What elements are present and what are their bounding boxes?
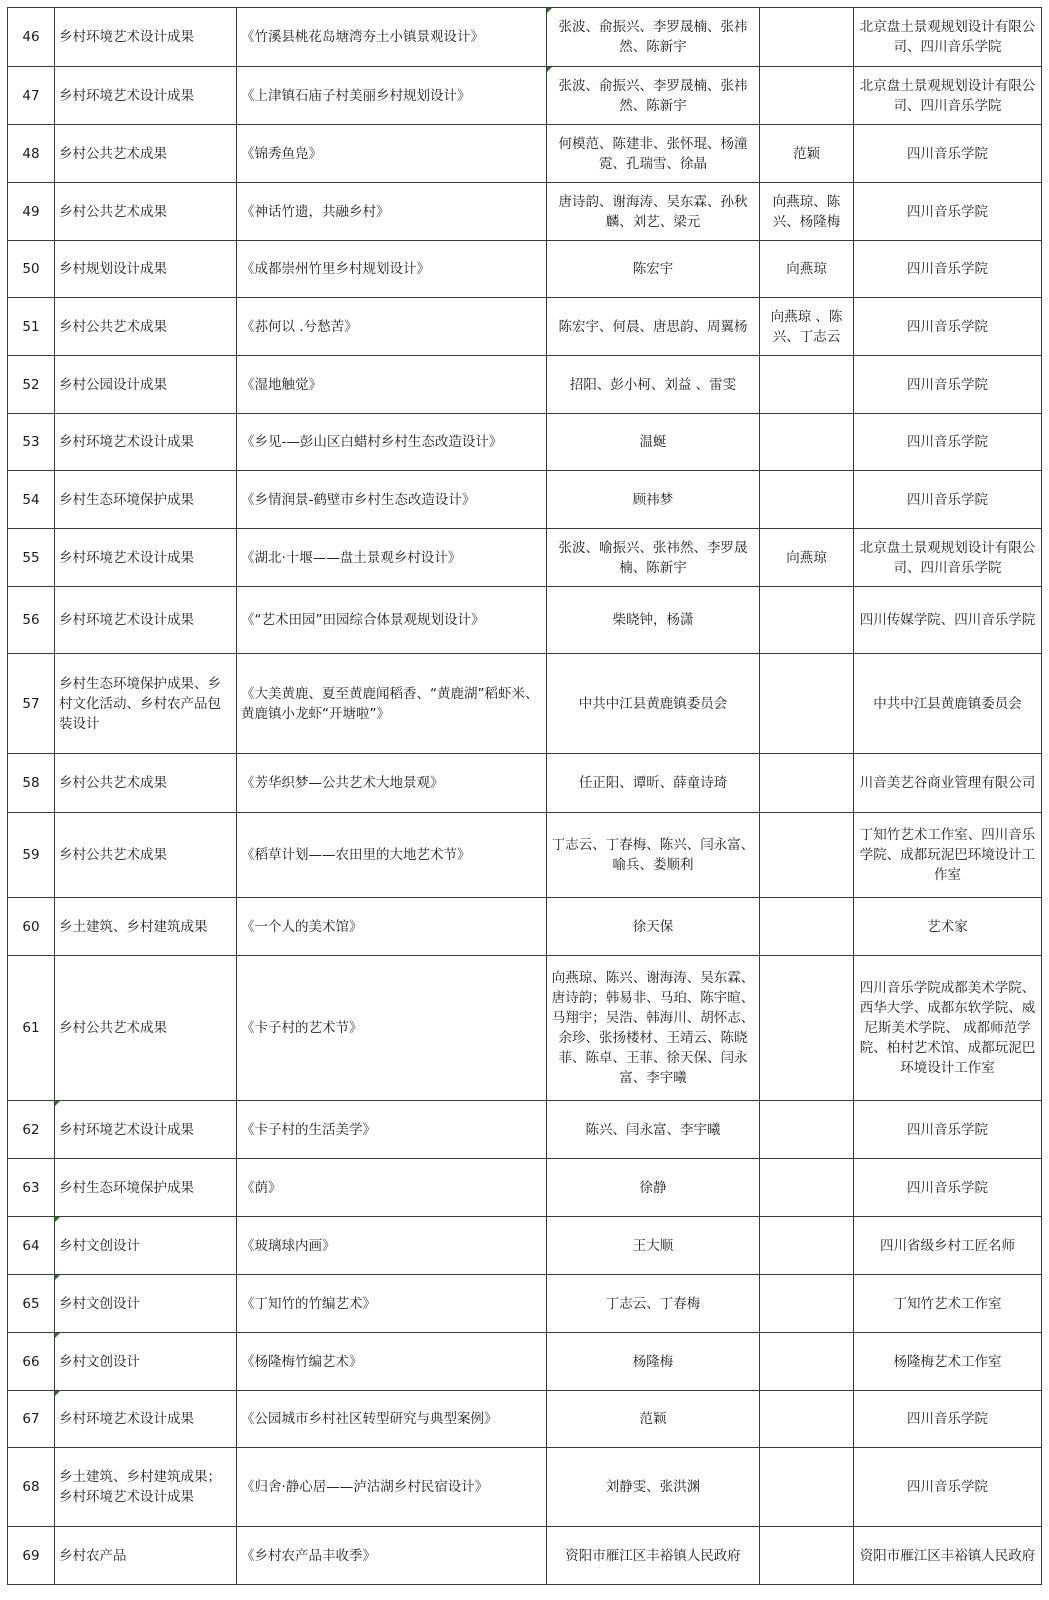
authors-text: 徐静 <box>640 1180 667 1196</box>
work-title: 《卡子村的生活美学》 <box>241 1122 376 1138</box>
row-number: 68 <box>22 1479 39 1495</box>
advisor-text: 向燕琼 <box>786 261 827 277</box>
row-number-cell: 51 <box>8 298 55 356</box>
title-cell: 《上津镇石庙子村美丽乡村规划设计》 <box>237 67 547 125</box>
category-cell: 乡村环境艺术设计成果 <box>55 67 237 125</box>
table-row: 46 乡村环境艺术设计成果 《竹溪县桃花岛塘湾夯土小镇景观设计》 张波、俞振兴、… <box>8 8 1042 67</box>
authors-cell: 徐静 <box>547 1159 760 1217</box>
category-cell: 乡村公园设计成果 <box>55 356 237 414</box>
authors-text: 张波、喻振兴、张祎然、李罗晟楠、陈新宇 <box>559 540 748 576</box>
title-cell: 《卡子村的生活美学》 <box>237 1101 547 1159</box>
organization-text: 四川音乐学院 <box>907 377 988 393</box>
title-cell: 《荪何以 .兮愁苦》 <box>237 298 547 356</box>
advisor-text: 向燕琼 、陈兴、丁志云 <box>771 309 843 345</box>
authors-text: 顾祎梦 <box>633 492 674 508</box>
advisor-text: 向燕琼 <box>786 550 827 566</box>
table-row: 51 乡村公共艺术成果 《荪何以 .兮愁苦》 陈宏宇、何晨、唐思韵、周翼杨 向燕… <box>8 298 1042 356</box>
row-number: 53 <box>22 434 39 450</box>
table-row: 49 乡村公共艺术成果 《神话竹遗，共融乡村》 唐诗韵、谢海涛、吴东霖、孙秋麟、… <box>8 183 1042 241</box>
row-number-cell: 47 <box>8 67 55 125</box>
category-cell: 乡村环境艺术设计成果 <box>55 587 237 654</box>
row-number: 67 <box>22 1411 39 1427</box>
advisor-cell: 向燕琼 <box>760 529 854 587</box>
organization-text: 北京盘土景观规划设计有限公司、四川音乐学院 <box>860 540 1036 576</box>
work-title: 《玻璃球内画》 <box>241 1238 336 1254</box>
organization-text: 艺术家 <box>927 919 968 935</box>
authors-cell: 资阳市雁江区丰裕镇人民政府 <box>547 1527 760 1585</box>
work-title: 《归舍·静心居——泸沽湖乡村民宿设计》 <box>241 1479 488 1495</box>
title-cell: 《公园城市乡村社区转型研究与典型案例》 <box>237 1391 547 1448</box>
category-cell: 乡村公共艺术成果 <box>55 754 237 813</box>
advisor-cell: 范颖 <box>760 125 854 183</box>
organization-cell: 四川音乐学院 <box>854 356 1042 414</box>
category-text: 乡村公共艺术成果 <box>59 204 167 220</box>
authors-cell: 王大顺 <box>547 1217 760 1275</box>
authors-cell: 张波、俞振兴、李罗晟楠、张祎然、陈新宇 <box>547 8 760 67</box>
category-text: 乡土建筑、乡村建筑成果；乡村环境艺术设计成果 <box>59 1469 221 1505</box>
category-cell: 乡村环境艺术设计成果 <box>55 529 237 587</box>
table-row: 66 乡村文创设计 《杨隆梅竹编艺术》 杨隆梅 杨隆梅艺术工作室 <box>8 1333 1042 1391</box>
authors-cell: 向燕琼、陈兴、谢海涛、吴东霖、唐诗韵；韩易非、马珀、陈宇暄、马翔宇；吴浩、韩海川… <box>547 956 760 1101</box>
advisor-cell <box>760 1333 854 1391</box>
category-text: 乡村环境艺术设计成果 <box>59 612 194 628</box>
row-number: 66 <box>22 1354 39 1370</box>
row-number-cell: 62 <box>8 1101 55 1159</box>
row-number-cell: 52 <box>8 356 55 414</box>
row-number-cell: 61 <box>8 956 55 1101</box>
organization-text: 丁知竹艺术工作室 <box>894 1296 1002 1312</box>
authors-text: 张波、俞振兴、李罗晟楠、张祎然、陈新宇 <box>559 78 748 114</box>
title-cell: 《湖北·十堰——盘土景观乡村设计》 <box>237 529 547 587</box>
work-title: 《大美黄鹿、夏至黄鹿闻稻香、“黄鹿湖”稻虾米、黄鹿镇小龙虾“开塘啦”》 <box>241 686 539 722</box>
table-row: 61 乡村公共艺术成果 《卡子村的艺术节》 向燕琼、陈兴、谢海涛、吴东霖、唐诗韵… <box>8 956 1042 1101</box>
advisor-cell <box>760 754 854 813</box>
organization-text: 四川音乐学院 <box>907 319 988 335</box>
table-row: 69 乡村农产品 《乡村农产品丰收季》 资阳市雁江区丰裕镇人民政府 资阳市雁江区… <box>8 1527 1042 1585</box>
row-number-cell: 60 <box>8 898 55 956</box>
title-cell: 《锦秀鱼凫》 <box>237 125 547 183</box>
organization-text: 四川音乐学院 <box>907 1479 988 1495</box>
title-cell: 《竹溪县桃花岛塘湾夯土小镇景观设计》 <box>237 8 547 67</box>
title-cell: 《玻璃球内画》 <box>237 1217 547 1275</box>
organization-cell: 艺术家 <box>854 898 1042 956</box>
row-number-cell: 58 <box>8 754 55 813</box>
advisor-text: 范颖 <box>793 146 820 162</box>
organization-text: 四川音乐学院 <box>907 1180 988 1196</box>
authors-text: 杨隆梅 <box>633 1354 674 1370</box>
category-cell: 乡土建筑、乡村建筑成果 <box>55 898 237 956</box>
title-cell: 《成都崇州竹里乡村规划设计》 <box>237 241 547 298</box>
row-number-cell: 64 <box>8 1217 55 1275</box>
authors-cell: 顾祎梦 <box>547 471 760 529</box>
table-row: 64 乡村文创设计 《玻璃球内画》 王大顺 四川省级乡村工匠名师 <box>8 1217 1042 1275</box>
organization-cell: 四川音乐学院 <box>854 1159 1042 1217</box>
organization-text: 四川音乐学院 <box>907 434 988 450</box>
authors-cell: 丁志云、丁春梅 <box>547 1275 760 1333</box>
title-cell: 《乡见-—彭山区白蜡村乡村生态改造设计》 <box>237 414 547 471</box>
row-number: 56 <box>22 612 39 628</box>
work-title: 《成都崇州竹里乡村规划设计》 <box>241 261 430 277</box>
category-text: 乡村公共艺术成果 <box>59 775 167 791</box>
organization-text: 四川省级乡村工匠名师 <box>880 1238 1015 1254</box>
work-title: 《荫》 <box>241 1180 282 1196</box>
category-cell: 乡村农产品 <box>55 1527 237 1585</box>
row-number: 55 <box>22 550 39 566</box>
organization-text: 川音美艺谷商业管理有限公司 <box>860 775 1036 791</box>
table-row: 65 乡村文创设计 《丁知竹的竹编艺术》 丁志云、丁春梅 丁知竹艺术工作室 <box>8 1275 1042 1333</box>
row-number-cell: 67 <box>8 1391 55 1448</box>
category-cell: 乡村公共艺术成果 <box>55 183 237 241</box>
authors-cell: 招阳、彭小柯、刘益 、雷雯 <box>547 356 760 414</box>
organization-cell: 四川音乐学院成都美术学院、西华大学、成都东软学院、威尼斯美术学院、 成都师范学院… <box>854 956 1042 1101</box>
organization-cell: 丁知竹艺术工作室 <box>854 1275 1042 1333</box>
work-title: 《乡情润景-鹤壁市乡村生态改造设计》 <box>241 492 475 508</box>
category-cell: 乡村环境艺术设计成果 <box>55 1101 237 1159</box>
category-text: 乡村规划设计成果 <box>59 261 167 277</box>
table-row: 68 乡土建筑、乡村建筑成果；乡村环境艺术设计成果 《归舍·静心居——泸沽湖乡村… <box>8 1448 1042 1527</box>
row-number-cell: 68 <box>8 1448 55 1527</box>
title-cell: 《杨隆梅竹编艺术》 <box>237 1333 547 1391</box>
organization-cell: 四川省级乡村工匠名师 <box>854 1217 1042 1275</box>
organization-text: 丁知竹艺术工作室、四川音乐学院、成都玩泥巴环境设计工作室 <box>860 827 1036 883</box>
table-row: 60 乡土建筑、乡村建筑成果 《一个人的美术馆》 徐天保 艺术家 <box>8 898 1042 956</box>
advisor-cell <box>760 1448 854 1527</box>
organization-cell: 川音美艺谷商业管理有限公司 <box>854 754 1042 813</box>
row-number: 57 <box>22 696 39 712</box>
advisor-cell <box>760 1101 854 1159</box>
category-cell: 乡土建筑、乡村建筑成果；乡村环境艺术设计成果 <box>55 1448 237 1527</box>
organization-cell: 丁知竹艺术工作室、四川音乐学院、成都玩泥巴环境设计工作室 <box>854 813 1042 898</box>
advisor-cell <box>760 1159 854 1217</box>
row-number: 50 <box>22 261 39 277</box>
table-row: 59 乡村公共艺术成果 《稻草计划——农田里的大地艺术节》 丁志云、丁春梅、陈兴… <box>8 813 1042 898</box>
row-number-cell: 69 <box>8 1527 55 1585</box>
title-cell: 《卡子村的艺术节》 <box>237 956 547 1101</box>
work-title: 《湖北·十堰——盘土景观乡村设计》 <box>241 550 461 566</box>
title-cell: 《乡情润景-鹤壁市乡村生态改造设计》 <box>237 471 547 529</box>
advisor-cell <box>760 1391 854 1448</box>
row-number: 65 <box>22 1296 39 1312</box>
row-number-cell: 66 <box>8 1333 55 1391</box>
authors-cell: 张波、俞振兴、李罗晟楠、张祎然、陈新宇 <box>547 67 760 125</box>
category-text: 乡村环境艺术设计成果 <box>59 434 194 450</box>
title-cell: 《丁知竹的竹编艺术》 <box>237 1275 547 1333</box>
authors-cell: 刘静雯、张洪渊 <box>547 1448 760 1527</box>
advisor-text: 向燕琼、陈兴、杨隆梅 <box>773 194 841 230</box>
organization-cell: 四川音乐学院 <box>854 298 1042 356</box>
table-row: 52 乡村公园设计成果 《湿地触觉》 招阳、彭小柯、刘益 、雷雯 四川音乐学院 <box>8 356 1042 414</box>
organization-text: 四川音乐学院 <box>907 492 988 508</box>
category-cell: 乡村文创设计 <box>55 1333 237 1391</box>
organization-cell: 四川传媒学院、四川音乐学院 <box>854 587 1042 654</box>
category-text: 乡村环境艺术设计成果 <box>59 88 194 104</box>
authors-text: 任正阳、谭昕、薛童诗琦 <box>579 775 728 791</box>
table-row: 50 乡村规划设计成果 《成都崇州竹里乡村规划设计》 陈宏宇 向燕琼 四川音乐学… <box>8 241 1042 298</box>
organization-text: 四川音乐学院 <box>907 261 988 277</box>
work-title: 《竹溪县桃花岛塘湾夯土小镇景观设计》 <box>241 29 484 45</box>
work-title: 《公园城市乡村社区转型研究与典型案例》 <box>241 1411 498 1427</box>
table-row: 55 乡村环境艺术设计成果 《湖北·十堰——盘土景观乡村设计》 张波、喻振兴、张… <box>8 529 1042 587</box>
organization-cell: 四川音乐学院 <box>854 241 1042 298</box>
organization-cell: 北京盘土景观规划设计有限公司、四川音乐学院 <box>854 529 1042 587</box>
category-cell: 乡村环境艺术设计成果 <box>55 1391 237 1448</box>
row-number-cell: 57 <box>8 654 55 754</box>
category-text: 乡村公园设计成果 <box>59 377 167 393</box>
advisor-cell: 向燕琼 、陈兴、丁志云 <box>760 298 854 356</box>
organization-text: 资阳市雁江区丰裕镇人民政府 <box>860 1548 1036 1564</box>
authors-text: 何模范、陈建非、张怀琨、杨潼霓、孔瑞雪、徐晶 <box>559 136 748 172</box>
organization-text: 四川音乐学院 <box>907 204 988 220</box>
authors-cell: 唐诗韵、谢海涛、吴东霖、孙秋麟、刘艺、梁元 <box>547 183 760 241</box>
category-cell: 乡村文创设计 <box>55 1217 237 1275</box>
title-cell: 《神话竹遗，共融乡村》 <box>237 183 547 241</box>
row-number-cell: 48 <box>8 125 55 183</box>
authors-cell: 中共中江县黄鹿镇委员会 <box>547 654 760 754</box>
work-title: 《一个人的美术馆》 <box>241 919 363 935</box>
work-title: 《稻草计划——农田里的大地艺术节》 <box>241 847 471 863</box>
category-text: 乡村环境艺术设计成果 <box>59 29 194 45</box>
work-title: 《上津镇石庙子村美丽乡村规划设计》 <box>241 88 471 104</box>
authors-cell: 陈宏宇、何晨、唐思韵、周翼杨 <box>547 298 760 356</box>
category-cell: 乡村公共艺术成果 <box>55 813 237 898</box>
organization-text: 中共中江县黄鹿镇委员会 <box>873 696 1022 712</box>
organization-cell: 四川音乐学院 <box>854 125 1042 183</box>
work-title: 《杨隆梅竹编艺术》 <box>241 1354 363 1370</box>
table-body: 46 乡村环境艺术设计成果 《竹溪县桃花岛塘湾夯土小镇景观设计》 张波、俞振兴、… <box>8 8 1042 1585</box>
authors-text: 资阳市雁江区丰裕镇人民政府 <box>565 1548 741 1564</box>
category-text: 乡村生态环境保护成果 <box>59 492 194 508</box>
category-cell: 乡村生态环境保护成果 <box>55 471 237 529</box>
organization-text: 北京盘土景观规划设计有限公司、四川音乐学院 <box>860 19 1036 55</box>
row-number-cell: 55 <box>8 529 55 587</box>
work-title: 《神话竹遗，共融乡村》 <box>241 204 390 220</box>
organization-cell: 杨隆梅艺术工作室 <box>854 1333 1042 1391</box>
title-cell: 《一个人的美术馆》 <box>237 898 547 956</box>
organization-cell: 资阳市雁江区丰裕镇人民政府 <box>854 1527 1042 1585</box>
authors-cell: 徐天保 <box>547 898 760 956</box>
advisor-cell <box>760 654 854 754</box>
title-cell: 《归舍·静心居——泸沽湖乡村民宿设计》 <box>237 1448 547 1527</box>
row-number: 58 <box>22 775 39 791</box>
organization-cell: 四川音乐学院 <box>854 1101 1042 1159</box>
row-number-cell: 56 <box>8 587 55 654</box>
advisor-cell: 向燕琼 <box>760 241 854 298</box>
advisor-cell <box>760 1275 854 1333</box>
work-title: 《乡见-—彭山区白蜡村乡村生态改造设计》 <box>241 434 502 450</box>
row-number: 51 <box>22 319 39 335</box>
authors-text: 招阳、彭小柯、刘益 、雷雯 <box>570 377 736 393</box>
work-title: 《锦秀鱼凫》 <box>241 146 322 162</box>
authors-text: 刘静雯、张洪渊 <box>606 1479 701 1495</box>
category-text: 乡村环境艺术设计成果 <box>59 1411 194 1427</box>
authors-text: 中共中江县黄鹿镇委员会 <box>579 696 728 712</box>
row-number: 49 <box>22 204 39 220</box>
authors-text: 柴晓钟，杨潇 <box>613 612 694 628</box>
table-row: 62 乡村环境艺术设计成果 《卡子村的生活美学》 陈兴、闫永富、李宇曦 四川音乐… <box>8 1101 1042 1159</box>
row-number-cell: 63 <box>8 1159 55 1217</box>
authors-cell: 何模范、陈建非、张怀琨、杨潼霓、孔瑞雪、徐晶 <box>547 125 760 183</box>
authors-cell: 陈宏宇 <box>547 241 760 298</box>
organization-text: 四川音乐学院 <box>907 1122 988 1138</box>
advisor-cell: 向燕琼、陈兴、杨隆梅 <box>760 183 854 241</box>
category-text: 乡村生态环境保护成果 <box>59 1180 194 1196</box>
row-number: 64 <box>22 1238 39 1254</box>
authors-text: 范颖 <box>640 1411 667 1427</box>
work-title: 《荪何以 .兮愁苦》 <box>241 319 358 335</box>
work-title: 《乡村农产品丰收季》 <box>241 1548 376 1564</box>
organization-cell: 四川音乐学院 <box>854 414 1042 471</box>
category-cell: 乡村公共艺术成果 <box>55 956 237 1101</box>
category-cell: 乡村环境艺术设计成果 <box>55 8 237 67</box>
advisor-cell <box>760 1217 854 1275</box>
category-text: 乡村环境艺术设计成果 <box>59 550 194 566</box>
row-number-cell: 65 <box>8 1275 55 1333</box>
authors-cell: 张波、喻振兴、张祎然、李罗晟楠、陈新宇 <box>547 529 760 587</box>
row-number: 63 <box>22 1180 39 1196</box>
table-row: 48 乡村公共艺术成果 《锦秀鱼凫》 何模范、陈建非、张怀琨、杨潼霓、孔瑞雪、徐… <box>8 125 1042 183</box>
category-text: 乡村环境艺术设计成果 <box>59 1122 194 1138</box>
advisor-cell <box>760 813 854 898</box>
organization-cell: 北京盘土景观规划设计有限公司、四川音乐学院 <box>854 67 1042 125</box>
category-text: 乡村生态环境保护成果、乡村文化活动、乡村农产品包装设计 <box>59 676 221 732</box>
category-text: 乡村农产品 <box>59 1548 127 1564</box>
authors-text: 徐天保 <box>633 919 674 935</box>
authors-cell: 丁志云、丁春梅、陈兴、闫永富、喻兵、娄顺利 <box>547 813 760 898</box>
organization-cell: 四川音乐学院 <box>854 471 1042 529</box>
organization-cell: 四川音乐学院 <box>854 1391 1042 1448</box>
authors-text: 向燕琼、陈兴、谢海涛、吴东霖、唐诗韵；韩易非、马珀、陈宇暄、马翔宇；吴浩、韩海川… <box>552 970 755 1086</box>
category-text: 乡村公共艺术成果 <box>59 146 167 162</box>
category-cell: 乡村环境艺术设计成果 <box>55 414 237 471</box>
row-number-cell: 49 <box>8 183 55 241</box>
work-title: 《卡子村的艺术节》 <box>241 1020 363 1036</box>
row-number: 48 <box>22 146 39 162</box>
category-cell: 乡村公共艺术成果 <box>55 298 237 356</box>
organization-text: 四川音乐学院成都美术学院、西华大学、成都东软学院、威尼斯美术学院、 成都师范学院… <box>860 980 1036 1076</box>
row-number-cell: 46 <box>8 8 55 67</box>
category-cell: 乡村生态环境保护成果、乡村文化活动、乡村农产品包装设计 <box>55 654 237 754</box>
row-number: 62 <box>22 1122 39 1138</box>
row-number-cell: 59 <box>8 813 55 898</box>
authors-text: 王大顺 <box>633 1238 674 1254</box>
authors-text: 丁志云、丁春梅 <box>606 1296 701 1312</box>
category-cell: 乡村生态环境保护成果 <box>55 1159 237 1217</box>
work-title: 《芳华织梦—公共艺术大地景观》 <box>241 775 444 791</box>
category-text: 乡村文创设计 <box>59 1238 140 1254</box>
table-row: 56 乡村环境艺术设计成果 《“艺术田园”田园综合体景观规划设计》 柴晓钟，杨潇… <box>8 587 1042 654</box>
title-cell: 《稻草计划——农田里的大地艺术节》 <box>237 813 547 898</box>
authors-cell: 温蜒 <box>547 414 760 471</box>
row-number-cell: 50 <box>8 241 55 298</box>
title-cell: 《芳华织梦—公共艺术大地景观》 <box>237 754 547 813</box>
table-row: 57 乡村生态环境保护成果、乡村文化活动、乡村农产品包装设计 《大美黄鹿、夏至黄… <box>8 654 1042 754</box>
row-number-cell: 53 <box>8 414 55 471</box>
title-cell: 《湿地触觉》 <box>237 356 547 414</box>
category-text: 乡村公共艺术成果 <box>59 1020 167 1036</box>
organization-cell: 四川音乐学院 <box>854 1448 1042 1527</box>
category-cell: 乡村文创设计 <box>55 1275 237 1333</box>
authors-cell: 范颖 <box>547 1391 760 1448</box>
organization-cell: 四川音乐学院 <box>854 183 1042 241</box>
advisor-cell <box>760 587 854 654</box>
organization-text: 四川音乐学院 <box>907 146 988 162</box>
category-cell: 乡村规划设计成果 <box>55 241 237 298</box>
row-number: 60 <box>22 919 39 935</box>
advisor-cell <box>760 898 854 956</box>
title-cell: 《荫》 <box>237 1159 547 1217</box>
results-table: 46 乡村环境艺术设计成果 《竹溪县桃花岛塘湾夯土小镇景观设计》 张波、俞振兴、… <box>7 7 1042 1585</box>
category-text: 乡村公共艺术成果 <box>59 847 167 863</box>
organization-text: 四川传媒学院、四川音乐学院 <box>860 612 1036 628</box>
work-title: 《湿地触觉》 <box>241 377 322 393</box>
organization-cell: 北京盘土景观规划设计有限公司、四川音乐学院 <box>854 8 1042 67</box>
advisor-cell <box>760 8 854 67</box>
authors-cell: 柴晓钟，杨潇 <box>547 587 760 654</box>
row-number: 54 <box>22 492 39 508</box>
authors-text: 陈兴、闫永富、李宇曦 <box>586 1122 721 1138</box>
category-text: 乡村文创设计 <box>59 1296 140 1312</box>
table-row: 53 乡村环境艺术设计成果 《乡见-—彭山区白蜡村乡村生态改造设计》 温蜒 四川… <box>8 414 1042 471</box>
category-text: 乡土建筑、乡村建筑成果 <box>59 919 208 935</box>
organization-text: 杨隆梅艺术工作室 <box>894 1354 1002 1370</box>
work-title: 《“艺术田园”田园综合体景观规划设计》 <box>241 612 485 628</box>
table-row: 67 乡村环境艺术设计成果 《公园城市乡村社区转型研究与典型案例》 范颖 四川音… <box>8 1391 1042 1448</box>
organization-text: 北京盘土景观规划设计有限公司、四川音乐学院 <box>860 78 1036 114</box>
table-row: 47 乡村环境艺术设计成果 《上津镇石庙子村美丽乡村规划设计》 张波、俞振兴、李… <box>8 67 1042 125</box>
row-number: 61 <box>22 1020 39 1036</box>
organization-cell: 中共中江县黄鹿镇委员会 <box>854 654 1042 754</box>
title-cell: 《“艺术田园”田园综合体景观规划设计》 <box>237 587 547 654</box>
row-number: 52 <box>22 377 39 393</box>
authors-text: 温蜒 <box>640 434 667 450</box>
advisor-cell <box>760 414 854 471</box>
row-number: 59 <box>22 847 39 863</box>
organization-text: 四川音乐学院 <box>907 1411 988 1427</box>
authors-text: 丁志云、丁春梅、陈兴、闫永富、喻兵、娄顺利 <box>552 837 755 873</box>
authors-text: 唐诗韵、谢海涛、吴东霖、孙秋麟、刘艺、梁元 <box>559 194 748 230</box>
title-cell: 《乡村农产品丰收季》 <box>237 1527 547 1585</box>
work-title: 《丁知竹的竹编艺术》 <box>241 1296 376 1312</box>
advisor-cell <box>760 67 854 125</box>
title-cell: 《大美黄鹿、夏至黄鹿闻稻香、“黄鹿湖”稻虾米、黄鹿镇小龙虾“开塘啦”》 <box>237 654 547 754</box>
advisor-cell <box>760 1527 854 1585</box>
row-number: 47 <box>22 88 39 104</box>
row-number: 46 <box>22 29 39 45</box>
row-number-cell: 54 <box>8 471 55 529</box>
authors-cell: 任正阳、谭昕、薛童诗琦 <box>547 754 760 813</box>
advisor-cell <box>760 356 854 414</box>
advisor-cell <box>760 956 854 1101</box>
category-text: 乡村公共艺术成果 <box>59 319 167 335</box>
table-row: 54 乡村生态环境保护成果 《乡情润景-鹤壁市乡村生态改造设计》 顾祎梦 四川音… <box>8 471 1042 529</box>
table-row: 63 乡村生态环境保护成果 《荫》 徐静 四川音乐学院 <box>8 1159 1042 1217</box>
advisor-cell <box>760 471 854 529</box>
row-number: 69 <box>22 1548 39 1564</box>
table-row: 58 乡村公共艺术成果 《芳华织梦—公共艺术大地景观》 任正阳、谭昕、薛童诗琦 … <box>8 754 1042 813</box>
category-text: 乡村文创设计 <box>59 1354 140 1370</box>
authors-text: 陈宏宇 <box>633 261 674 277</box>
authors-text: 陈宏宇、何晨、唐思韵、周翼杨 <box>559 319 748 335</box>
authors-cell: 陈兴、闫永富、李宇曦 <box>547 1101 760 1159</box>
authors-text: 张波、俞振兴、李罗晟楠、张祎然、陈新宇 <box>559 19 748 55</box>
category-cell: 乡村公共艺术成果 <box>55 125 237 183</box>
authors-cell: 杨隆梅 <box>547 1333 760 1391</box>
